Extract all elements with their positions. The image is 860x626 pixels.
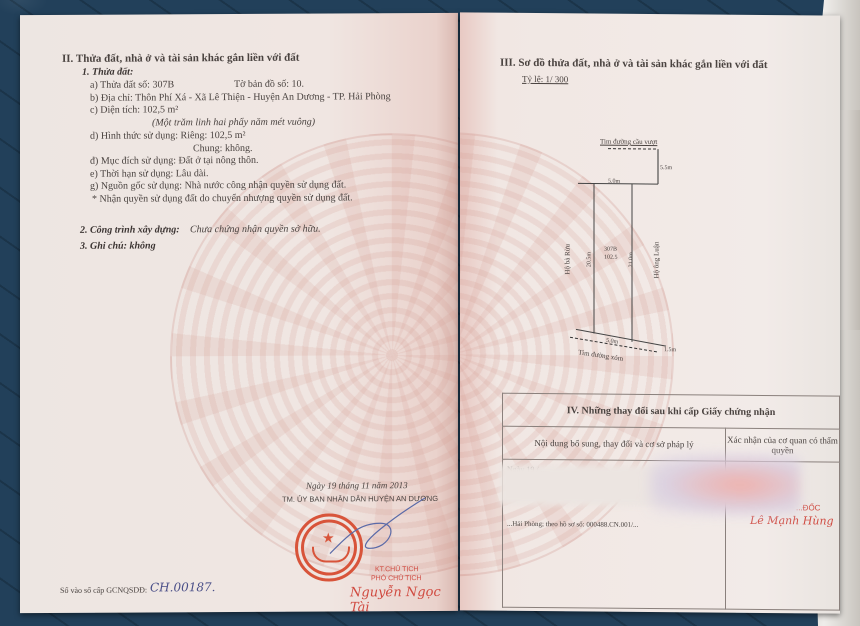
section-iii-title: III. Sơ đồ thửa đất, nhà ở và tài sản kh…: [500, 57, 768, 71]
usage-form: d) Hình thức sử dụng: Riêng: 102,5 m²: [90, 130, 246, 143]
usage-purpose: đ) Mục đích sử dụng: Đất ở tại nông thôn…: [90, 155, 258, 168]
entry-reference: ...Hải Phòng; theo hồ sơ số: 000488.CN.0…: [507, 518, 638, 531]
right-length: 21.0m: [626, 252, 638, 267]
left-page: II. Thửa đất, nhà ở và tài sản khác gắn …: [20, 13, 458, 613]
registry-label: Số vào sổ cấp GCNQSDĐ:: [60, 584, 147, 596]
bottom-offset: 1.5m: [664, 344, 676, 356]
usage-origin: g) Nguồn gốc sử dụng: Nhà nước công nhận…: [90, 179, 346, 192]
parcel-number: a) Thửa đất số: 307B: [90, 79, 174, 91]
changes-title: IV. Những thay đổi sau khi cấp Giấy chứn…: [503, 393, 840, 429]
area-in-words: (Một trăm linh hai phẩy năm mét vuông): [152, 117, 315, 130]
entry-signer-name: Lê Mạnh Hùng: [750, 514, 834, 528]
map-sheet: Tờ bản đồ số: 10.: [234, 79, 304, 91]
left-length: 20.5m: [584, 252, 596, 267]
bottom-width: 5.0m: [605, 335, 619, 349]
transfer-note: * Nhận quyền sử dụng đất do chuyển nhượn…: [92, 192, 353, 205]
left-neighbor: Hộ bà Rừu: [561, 244, 573, 275]
notes: 3. Ghi chú: không: [80, 240, 156, 252]
scale: Tỷ lệ: 1/ 300: [522, 73, 568, 85]
right-neighbor: Hộ ông Luận: [650, 242, 662, 279]
usage-term: e) Thời hạn sử dụng: Lâu dài.: [90, 168, 209, 181]
signature-stroke: [320, 493, 430, 564]
subsection-parcel: 1. Thửa đất:: [82, 67, 133, 79]
issue-date: Ngày 19 tháng 11 năm 2013: [306, 479, 408, 492]
parcel-diagram: Tim đường cầu vượt 5.5m 5.0m Hộ bà Rừu 2…: [558, 93, 698, 364]
parcel-area-label: 102.5: [604, 252, 618, 264]
redacted-seal: [650, 454, 800, 515]
construction-value: Chưa chứng nhận quyền sở hữu.: [190, 224, 321, 237]
top-width: 5.0m: [608, 176, 620, 188]
address: b) Địa chỉ: Thôn Phí Xá - Xã Lê Thiện - …: [90, 91, 391, 105]
construction-label: 2. Công trình xây dựng:: [80, 224, 180, 237]
usage-shared: Chung: không.: [193, 143, 252, 155]
certificate-book: II. Thửa đất, nhà ở và tài sản khác gắn …: [20, 14, 840, 612]
parcel-outline: [558, 93, 698, 364]
signer-name: Nguyễn Ngọc Tài: [350, 585, 458, 613]
right-page: III. Sơ đồ thửa đất, nhà ở và tài sản kh…: [460, 12, 840, 613]
section-ii-title: II. Thửa đất, nhà ở và tài sản khác gắn …: [62, 52, 299, 65]
registry-number: CH.00187.: [150, 580, 215, 594]
signer-title-2: PHÓ CHỦ TỊCH: [371, 573, 421, 585]
area: c) Diện tích: 102,5 m²: [90, 104, 178, 116]
top-offset: 5.5m: [660, 162, 672, 174]
top-road-label: Tim đường cầu vượt: [600, 136, 657, 149]
